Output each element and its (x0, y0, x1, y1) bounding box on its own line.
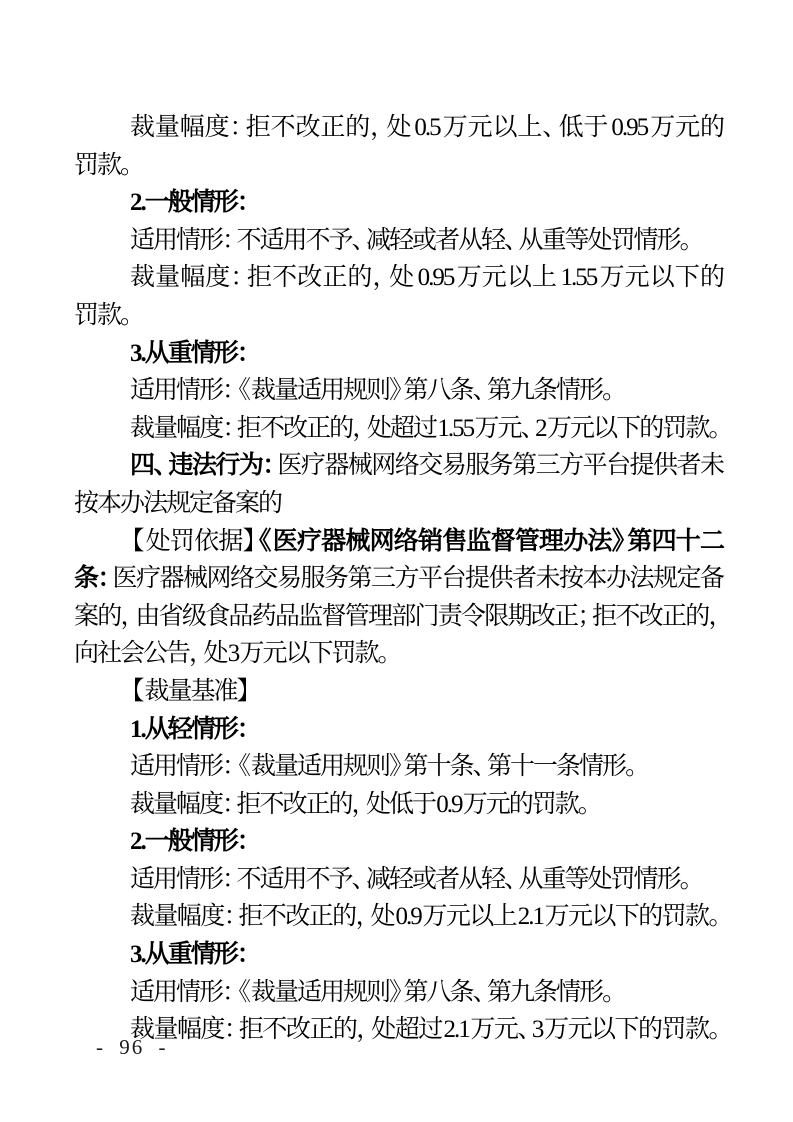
punctuation: 、 (473, 748, 488, 786)
punctuation: 、 (153, 447, 168, 485)
text-line: 裁量幅度：拒不改正的，处超过 2.1 万元、3 万元以下的罚款。 (74, 1011, 723, 1049)
punctuation: ， (352, 786, 367, 824)
punctuation: 《 (237, 974, 252, 1012)
text-line: 2.一般情形： (74, 184, 723, 222)
punctuation: 》 (389, 974, 404, 1012)
punctuation: ： (229, 109, 244, 147)
punctuation: ： (224, 898, 239, 936)
text-run: 医疗器械网络交易服务第三方平台提供者未按本办法规定备 (112, 565, 723, 592)
text-run: 裁量幅度：拒不改正的，处 0.95 万元以上 1.55 万元以下的 (130, 264, 723, 291)
text-run: 按本办法规定备案的 (74, 490, 281, 517)
text-run: 裁量幅度：拒不改正的，处低于 0.9 万元的罚款。 (130, 791, 592, 818)
bold-text-run: 四、违法行为： (130, 452, 277, 479)
punctuation: ， (356, 1011, 371, 1049)
text-line: 2.一般情形： (74, 823, 723, 861)
punctuation: ： (262, 447, 277, 485)
punctuation: 。 (120, 297, 135, 335)
punctuation: 》 (612, 523, 627, 561)
punctuation: ， (708, 598, 723, 636)
text-run: 适用情形：不适用不予、减轻或者从轻、从重等处罚情形。 (130, 866, 694, 893)
punctuation: 《 (237, 372, 252, 410)
document-page: 裁量幅度：拒不改正的，处 0.5 万元以上、低于 0.95 万元的罚款。2.一般… (0, 0, 793, 1122)
text-run: 裁量幅度：拒不改正的，处 0.9 万元以上 2.1 万元以下的罚款。 (130, 903, 723, 930)
text-run: 【处罚依据】 (130, 528, 257, 555)
bold-text-run: 3.从重情形： (130, 340, 251, 367)
text-line: 裁量幅度：拒不改正的，处 0.5 万元以上、低于 0.95 万元的 (74, 109, 723, 147)
punctuation: ， (373, 259, 388, 297)
text-line: 裁量幅度：拒不改正的，处 0.95 万元以上 1.55 万元以下的 (74, 259, 723, 297)
text-line: 四、违法行为：医疗器械网络交易服务第三方平台提供者未 (74, 447, 723, 485)
punctuation: 。 (602, 372, 617, 410)
punctuation: 、 (504, 222, 519, 260)
punctuation: 、 (473, 372, 488, 410)
text-run: 适用情形：《裁量适用规则》第十条、第十一条情形。 (130, 753, 640, 780)
punctuation: 。 (708, 1011, 723, 1049)
text-line: 1.从轻情形： (74, 711, 723, 749)
bold-text-run: 2.一般情形： (130, 189, 251, 216)
text-run: 案的，由省级食品药品监督管理部门责令限期改正；拒不改正的， (74, 603, 723, 630)
punctuation: 。 (602, 974, 617, 1012)
punctuation: 、 (542, 109, 557, 147)
bold-text-run: 2.一般情形： (130, 828, 251, 855)
punctuation: 、 (517, 1011, 532, 1049)
text-run: 裁量幅度：拒不改正的，处 0.5 万元以上、低于 0.95 万元的 (130, 114, 723, 141)
punctuation: ： (237, 335, 252, 373)
text-line: 适用情形：不适用不予、减轻或者从轻、从重等处罚情形。 (74, 222, 723, 260)
punctuation: 《 (257, 523, 272, 561)
punctuation: ： (222, 861, 237, 899)
bold-text-run: 《医疗器械网络销售监督管理办法》第四十二 (257, 528, 723, 555)
punctuation: ： (230, 259, 245, 297)
punctuation: 、 (352, 861, 367, 899)
punctuation: ： (222, 786, 237, 824)
text-line: 案的，由省级食品药品监督管理部门责令限期改正；拒不改正的， (74, 598, 723, 636)
text-line: 裁量幅度：拒不改正的，处 0.9 万元以上 2.1 万元以下的罚款。 (74, 898, 723, 936)
punctuation: 。 (625, 748, 640, 786)
punctuation: 、 (352, 222, 367, 260)
text-run: 罚款。 (74, 302, 135, 329)
text-line: 适用情形：《裁量适用规则》第八条、第九条情形。 (74, 974, 723, 1012)
punctuation: 。 (708, 898, 723, 936)
punctuation: ； (577, 598, 592, 636)
punctuation: 》 (389, 748, 404, 786)
text-run: 裁量幅度：拒不改正的，处超过 1.55 万元、2 万元以下的罚款。 (130, 415, 723, 442)
punctuation: ： (237, 711, 252, 749)
punctuation: ： (222, 222, 237, 260)
page-number: - 96 - (96, 1035, 168, 1060)
punctuation: ： (98, 560, 113, 598)
text-line: 罚款。 (74, 297, 723, 335)
text-line: 【处罚依据】《医疗器械网络销售监督管理办法》第四十二 (74, 523, 723, 561)
punctuation: ， (121, 598, 136, 636)
punctuation: 、 (521, 410, 536, 448)
text-line: 裁量幅度：拒不改正的，处超过 1.55 万元、2 万元以下的罚款。 (74, 410, 723, 448)
punctuation: 。 (680, 222, 695, 260)
punctuation: 。 (578, 786, 593, 824)
document-body: 裁量幅度：拒不改正的，处 0.5 万元以上、低于 0.95 万元的罚款。2.一般… (74, 109, 723, 1049)
bold-text-run: 3.从重情形： (130, 941, 251, 968)
text-line: 条：医疗器械网络交易服务第三方平台提供者未按本办法规定备 (74, 560, 723, 598)
punctuation: 》 (389, 372, 404, 410)
text-line: 裁量幅度：拒不改正的，处低于 0.9 万元的罚款。 (74, 786, 723, 824)
punctuation: ： (237, 823, 252, 861)
text-run: 裁量幅度：拒不改正的，处超过 2.1 万元、3 万元以下的罚款。 (130, 1016, 723, 1043)
punctuation: 。 (680, 861, 695, 899)
text-line: 按本办法规定备案的 (74, 485, 723, 523)
text-run: 罚款。 (74, 152, 135, 179)
text-line: 3.从重情形： (74, 335, 723, 373)
punctuation: 、 (504, 861, 519, 899)
punctuation: ： (237, 184, 252, 222)
punctuation: 、 (473, 974, 488, 1012)
punctuation: 】 (237, 673, 252, 711)
text-run: 医疗器械网络交易服务第三方平台提供者未 (277, 452, 723, 479)
text-line: 3.从重情形： (74, 936, 723, 974)
punctuation: ： (224, 1011, 239, 1049)
text-run: 适用情形：《裁量适用规则》第八条、第九条情形。 (130, 377, 617, 404)
text-run: 【裁量基准】 (130, 678, 251, 705)
text-line: 【裁量基准】 (74, 673, 723, 711)
punctuation: ， (370, 109, 385, 147)
punctuation: ， (352, 410, 367, 448)
punctuation: 。 (378, 635, 393, 673)
text-run: 适用情形：《裁量适用规则》第八条、第九条情形。 (130, 979, 617, 1006)
bold-text-run: 1.从轻情形： (130, 716, 251, 743)
punctuation: ： (222, 410, 237, 448)
text-line: 向社会公告，处 3 万元以下罚款。 (74, 635, 723, 673)
punctuation: 《 (237, 748, 252, 786)
punctuation: ， (356, 898, 371, 936)
text-line: 适用情形：《裁量适用规则》第十条、第十一条情形。 (74, 748, 723, 786)
punctuation: ， (189, 635, 204, 673)
punctuation: ： (237, 936, 252, 974)
punctuation: 【 (130, 673, 145, 711)
text-run: 向社会公告，处 3 万元以下罚款。 (74, 640, 392, 667)
text-line: 适用情形：《裁量适用规则》第八条、第九条情形。 (74, 372, 723, 410)
punctuation: 【 (130, 523, 145, 561)
punctuation: 。 (708, 410, 723, 448)
bold-text-run: 条： (74, 565, 112, 592)
text-line: 适用情形：不适用不予、减轻或者从轻、从重等处罚情形。 (74, 861, 723, 899)
punctuation: 。 (120, 147, 135, 185)
text-line: 罚款。 (74, 147, 723, 185)
text-run: 适用情形：不适用不予、减轻或者从轻、从重等处罚情形。 (130, 227, 694, 254)
